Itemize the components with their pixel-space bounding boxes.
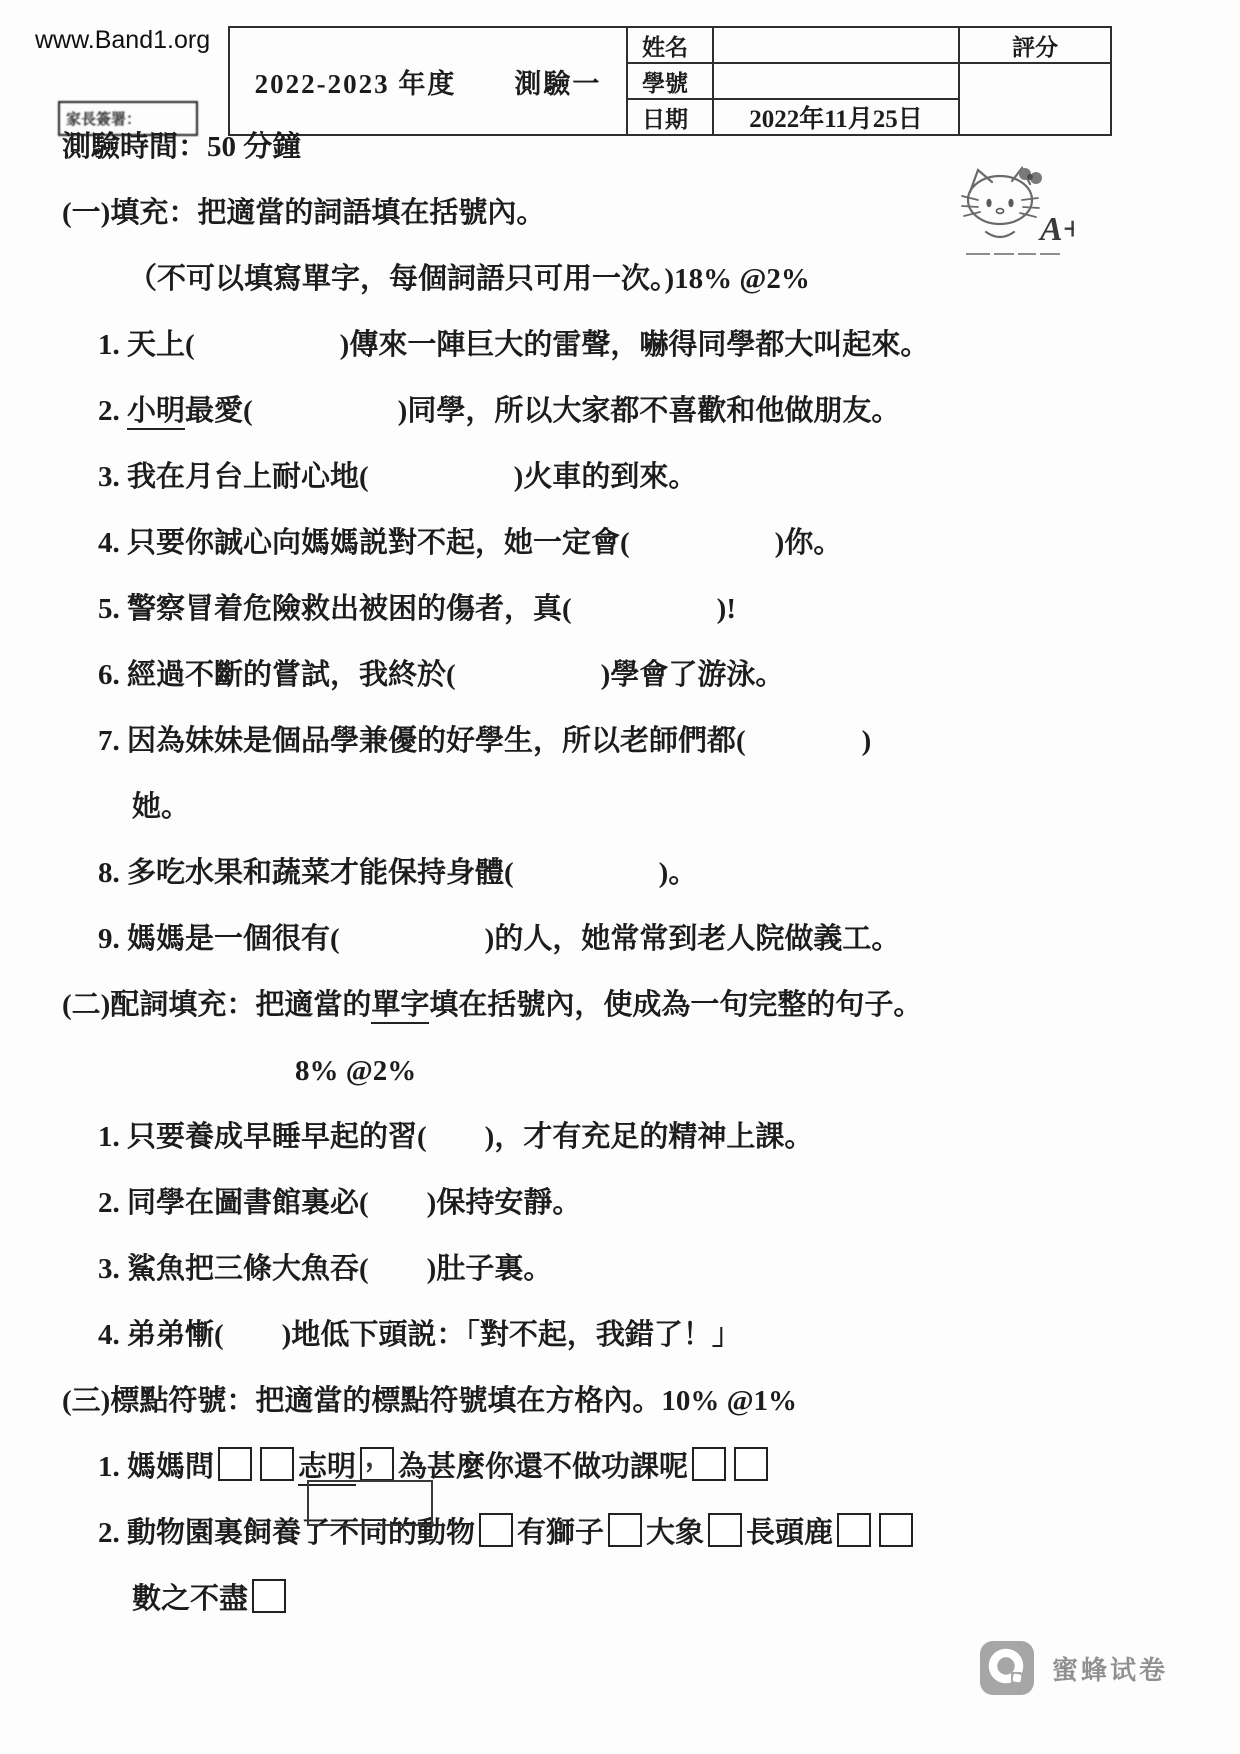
- text-run: 8. 多吃水果和蔬菜才能保持身體( )。: [98, 857, 697, 889]
- name-value: [714, 28, 960, 64]
- s1-q3: 3. 我在月台上耐心地( )火車的到來。: [62, 444, 1212, 510]
- name-label: 姓名: [628, 28, 714, 64]
- s3-q1: 1. 媽媽問志明，為甚麼你還不做功課呢: [62, 1434, 1212, 1500]
- s1-q7-cont: 她。: [62, 774, 1212, 840]
- s2-q1: 1. 只要養成早睡早起的習( )，才有充足的精神上課。: [62, 1104, 1212, 1170]
- text-run: 2. 同學在圖書館裏必( )保持安靜。: [98, 1187, 581, 1219]
- s1-q7: 7. 因為妹妹是個品學兼優的好學生，所以老師們都( ): [62, 708, 1212, 774]
- s1-q1: 1. 天上( )傳來一陣巨大的雷聲，嚇得同學都大叫起來。: [62, 312, 1212, 378]
- text-run: (二)配詞填充：把適當的: [62, 989, 371, 1021]
- handwritten-answer-box: [307, 1480, 433, 1526]
- s1-q2: 2. 小明最愛( )同學，所以大家都不喜歡和他做朋友。: [62, 378, 1212, 444]
- text-run: 3. 我在月台上耐心地( )火車的到來。: [98, 461, 697, 493]
- punctuation-box: [879, 1513, 913, 1547]
- underlined-text: 單字: [371, 989, 429, 1024]
- section1-note: （不可以填寫單字，每個詞語只可用一次。)18% @2%: [62, 246, 1212, 312]
- bee-paper-logo-icon: [980, 1641, 1034, 1695]
- exam-sheet: { "page": { "watermark": "www.Band1.org"…: [0, 0, 1240, 1754]
- text-run: 5. 警察冒着危險救出被困的傷者，真( )!: [98, 593, 736, 625]
- s1-q5: 5. 警察冒着危險救出被困的傷者，真( )!: [62, 576, 1212, 642]
- student-id-label: 學號: [628, 64, 714, 100]
- punctuation-box: [218, 1447, 252, 1481]
- text-run: 2.: [98, 395, 127, 427]
- s3-q2: 2. 動物園裏飼養了不同的動物有獅子大象長頭鹿: [62, 1500, 1212, 1566]
- site-watermark: www.Band1.org: [35, 26, 210, 55]
- exam-body: 測驗時間：50 分鐘(一)填充：把適當的詞語填在括號內。（不可以填寫單字，每個詞…: [62, 114, 1212, 1632]
- score-label: 評分: [960, 28, 1112, 64]
- section2-note: 8% @2%: [62, 1038, 1212, 1104]
- section2-heading: (二)配詞填充：把適當的單字填在括號內，使成為一句完整的句子。: [62, 972, 1212, 1038]
- s1-q6: 6. 經過不斷的嘗試，我終於( )學會了游泳。: [62, 642, 1212, 708]
- punctuation-box: [692, 1447, 726, 1481]
- text-run: 1. 媽媽問: [98, 1451, 214, 1483]
- underlined-text: 小明: [127, 395, 185, 430]
- text-run: 4. 弟弟慚( )地低下頭説：「對不起，我錯了！」: [98, 1319, 741, 1351]
- punctuation-box: [837, 1513, 871, 1547]
- text-run: (三)標點符號：把適當的標點符號填在方格內。10% @1%: [62, 1385, 797, 1417]
- section3-heading: (三)標點符號：把適當的標點符號填在方格內。10% @1%: [62, 1368, 1212, 1434]
- punctuation-box: [252, 1579, 286, 1613]
- text-run: 她。: [132, 791, 190, 823]
- section1-heading: (一)填充：把適當的詞語填在括號內。: [62, 180, 1212, 246]
- punctuation-box: [479, 1513, 513, 1547]
- s1-q4: 4. 只要你誠心向媽媽説對不起，她一定會( )你。: [62, 510, 1212, 576]
- student-id-value: [714, 64, 960, 100]
- punctuation-box: [708, 1513, 742, 1547]
- punctuation-box: ，: [360, 1447, 394, 1481]
- text-run: 6. 經過不斷的嘗試，我終於( )學會了游泳。: [98, 659, 784, 691]
- s3-q2-cont: 數之不盡: [62, 1566, 1212, 1632]
- text-run: 1. 天上( )傳來一陣巨大的雷聲，嚇得同學都大叫起來。: [98, 329, 929, 361]
- s2-q3: 3. 鯊魚把三條大魚吞( )肚子裏。: [62, 1236, 1212, 1302]
- punctuation-box: [734, 1447, 768, 1481]
- test-duration: 測驗時間：50 分鐘: [62, 114, 1212, 180]
- text-run: 長頭鹿: [746, 1517, 833, 1549]
- text-run: （不可以填寫單字，每個詞語只可用一次。)18% @2%: [128, 263, 810, 295]
- text-run: 大象: [646, 1517, 704, 1549]
- text-run: 測驗時間：50 分鐘: [62, 131, 301, 163]
- punctuation-box: [260, 1447, 294, 1481]
- text-run: 填在括號內，使成為一句完整的句子。: [429, 989, 922, 1021]
- text-run: 最愛( )同學，所以大家都不喜歡和他做朋友。: [185, 395, 900, 427]
- text-run: 為甚麼你還不做功課呢: [398, 1451, 688, 1483]
- text-run: 8% @2%: [295, 1055, 416, 1087]
- text-run: 有獅子: [517, 1517, 604, 1549]
- text-run: (一)填充：把適當的詞語填在括號內。: [62, 197, 545, 229]
- text-run: 7. 因為妹妹是個品學兼優的好學生，所以老師們都( ): [98, 725, 871, 757]
- text-run: 3. 鯊魚把三條大魚吞( )肚子裏。: [98, 1253, 552, 1285]
- s1-q9: 9. 媽媽是一個很有( )的人，她常常到老人院做義工。: [62, 906, 1212, 972]
- punctuation-box: [608, 1513, 642, 1547]
- s2-q4: 4. 弟弟慚( )地低下頭説：「對不起，我錯了！」: [62, 1302, 1212, 1368]
- s1-q8: 8. 多吃水果和蔬菜才能保持身體( )。: [62, 840, 1212, 906]
- text-run: 9. 媽媽是一個很有( )的人，她常常到老人院做義工。: [98, 923, 900, 955]
- text-run: 4. 只要你誠心向媽媽説對不起，她一定會( )你。: [98, 527, 842, 559]
- bee-paper-brand-name: 蜜蜂试卷: [1052, 1650, 1168, 1687]
- s2-q2: 2. 同學在圖書館裏必( )保持安靜。: [62, 1170, 1212, 1236]
- text-run: 1. 只要養成早睡早起的習( )，才有充足的精神上課。: [98, 1121, 813, 1153]
- text-run: 數之不盡: [132, 1583, 248, 1615]
- footer-brand: 蜜蜂试卷: [980, 1641, 1168, 1695]
